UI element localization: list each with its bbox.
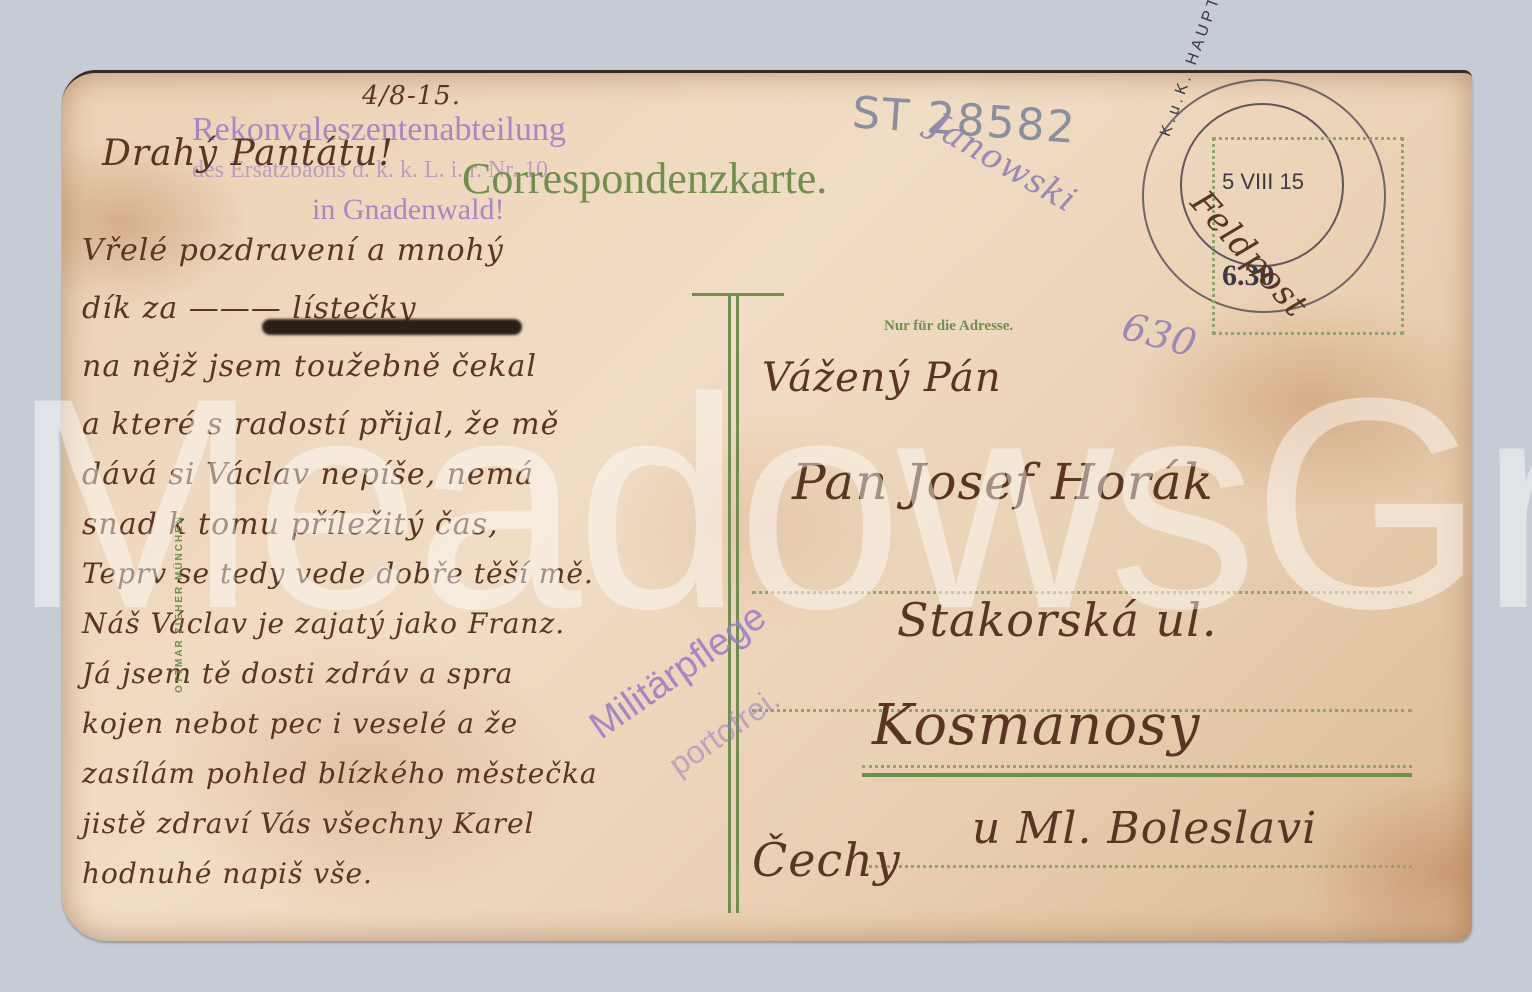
address-country: Čechy bbox=[752, 833, 901, 887]
message-line: dává si Václav nepíše, nemá bbox=[82, 457, 702, 507]
message-line: na nějž jsem toužebně čekal bbox=[82, 349, 702, 407]
message-line: hodnuhé napiš vše. bbox=[82, 857, 702, 907]
address-line-3 bbox=[862, 765, 1412, 768]
redaction-mark bbox=[262, 319, 522, 335]
postcard-title: Correspondenzkarte. bbox=[462, 153, 827, 204]
message-line: jistě zdraví Vás všechny Karel bbox=[82, 807, 702, 857]
address-street: Stakorská ul. bbox=[897, 593, 1217, 647]
message-line: zasílám pohled blízkého městečka bbox=[82, 757, 702, 807]
address-district: u Ml. Boleslavi bbox=[972, 803, 1317, 854]
address-salutation: Vážený Pán bbox=[762, 355, 1002, 401]
message-line: Vřelé pozdravení a mnohý bbox=[82, 233, 702, 291]
address-label: Nur für die Adresse. bbox=[884, 318, 1013, 335]
message-line: a které s radostí přijal, že mě bbox=[82, 407, 702, 457]
message-date: 4/8-15. bbox=[362, 81, 461, 111]
address-name: Pan Josef Horák bbox=[792, 453, 1214, 511]
purple-number: 630 bbox=[1118, 304, 1202, 366]
divider-vertical-1 bbox=[728, 293, 731, 913]
postcard: Rekonvaleszentenabteilung des Ersatzbaon… bbox=[62, 70, 1472, 941]
printer-imprint: OTTMAR ZIEHER MÜNCHEN bbox=[174, 515, 185, 693]
message-greeting: Drahý Pantátu! bbox=[102, 133, 394, 174]
address-underline bbox=[862, 773, 1412, 777]
address-town: Kosmanosy bbox=[872, 693, 1200, 758]
address-line-4 bbox=[862, 865, 1412, 868]
